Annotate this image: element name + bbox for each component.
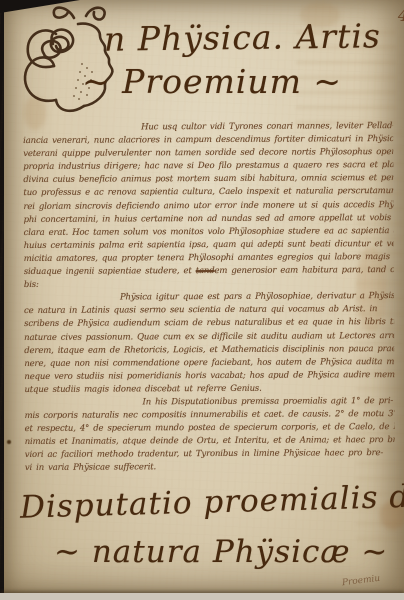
title-line1: n Phÿsica. Artis (104, 16, 381, 58)
margin-ink-dot (7, 440, 11, 444)
manuscript-line: vi in varia Phÿsicae suffecerit. (25, 460, 395, 475)
page-number: 4 (398, 6, 404, 25)
manuscript-line: naturae cives passionum. Quae cum ex se … (24, 330, 394, 345)
manuscript-line: siduaque ingenii sapientiae studere, et … (24, 264, 394, 279)
manuscript-line: neque vero studiis nisi pomeridianis hor… (24, 369, 394, 384)
manuscript-line: tuo professus e ac renova sapientia cult… (23, 186, 393, 201)
bottom-heading-line2: ~ natura Phÿsicæ ~ (54, 534, 388, 570)
photo-edge-bottom (0, 593, 404, 600)
manuscript-photo: n Phÿsica. Artis ~ Proemium ~ Huc usq cu… (0, 0, 404, 600)
manuscript-line: scribens de Phÿsica audiendum sciam de r… (24, 316, 394, 331)
body-text: Huc usq cultor vidi Tyrones conari manne… (23, 120, 395, 488)
title-line2-proemium: ~ Proemium ~ (82, 62, 342, 101)
manuscript-line: viori ac faciliori methodo tradentur, ut… (25, 447, 395, 462)
